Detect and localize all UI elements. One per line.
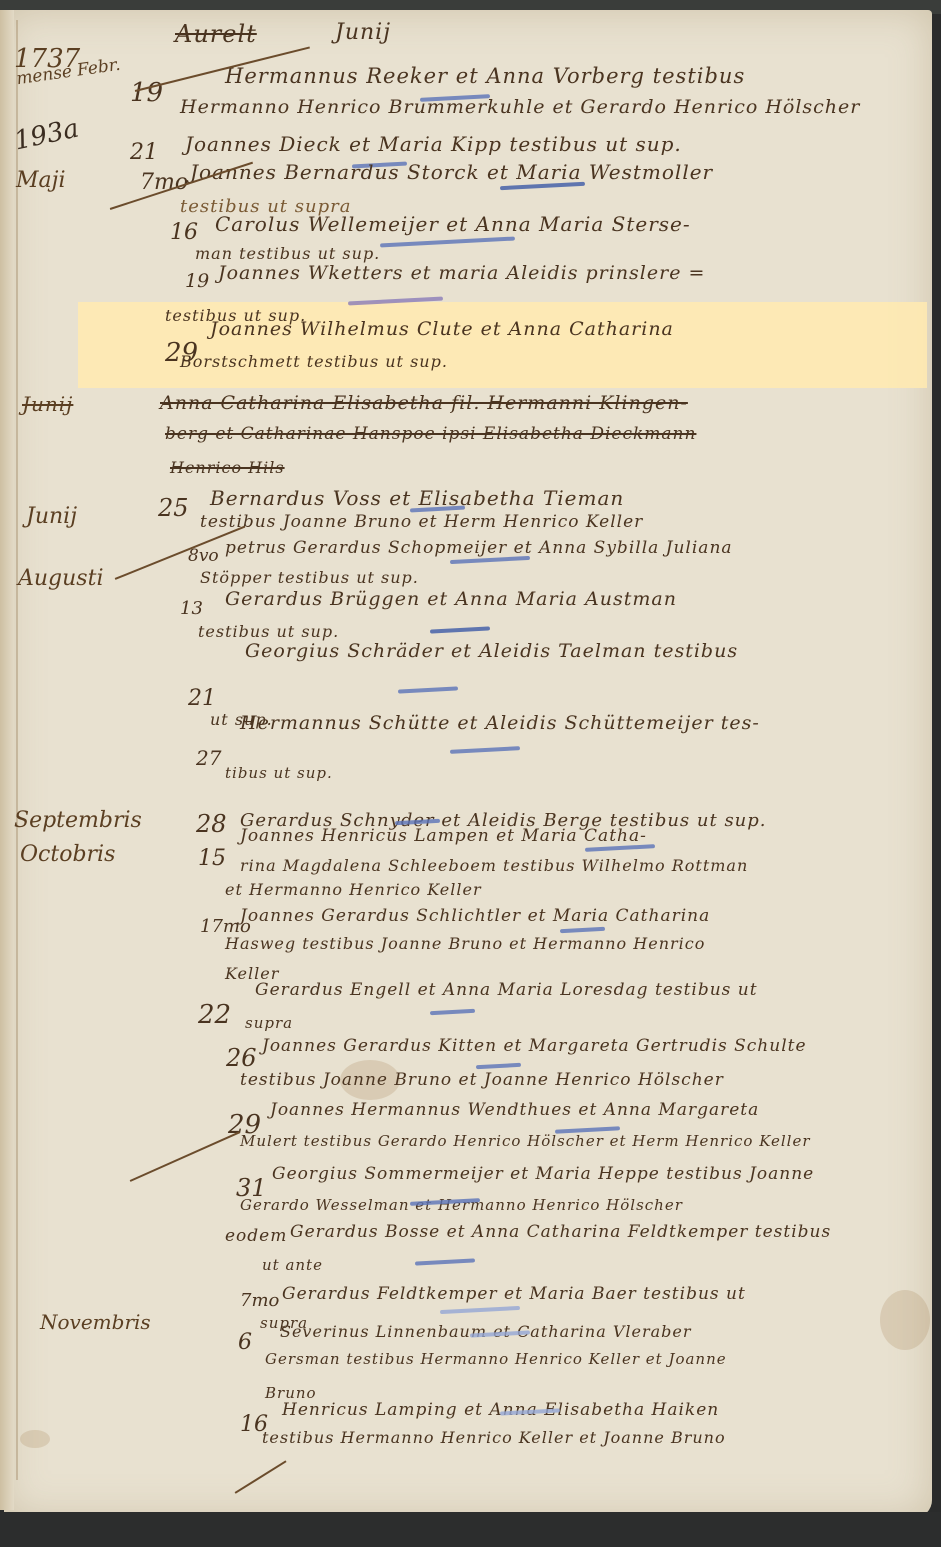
entry-day: 15 [198,846,226,871]
entry-line: Joannes Dieck et Maria Kipp testibus ut … [185,132,682,156]
entry-line: Gersman testibus Hermanno Henrico Keller… [265,1350,727,1368]
entry-line: Joannes Gerardus Schlichtler et Maria Ca… [240,906,710,926]
entry-line: Stöpper testibus ut sup. [200,568,419,587]
margin-month: Junij [26,504,77,529]
margin-month: Maji [16,168,66,193]
entry-line: testibus ut sup. [198,622,339,641]
entry-day: 28 [196,810,227,838]
entry-line: man testibus ut sup. [195,244,380,263]
margin-month-struck: Junij [22,392,73,416]
entry-day: 21 [130,140,158,165]
entry-line: testibus Joanne Bruno et Joanne Henrico … [240,1070,724,1090]
struck-entry-line: Anna Catharina Elisabetha fil. Hermanni … [160,392,688,414]
entry-line: Carolus Wellemeijer et Anna Maria Sterse… [215,212,691,236]
entry-line: Henricus Lamping et Anna Elisabetha Haik… [282,1400,719,1420]
entry-line: Gerardus Feldtkemper et Maria Baer testi… [282,1284,746,1304]
paper-stain [20,1430,50,1448]
entry-day: 22 [198,1000,231,1030]
entry-day: 16 [170,220,198,245]
entry-line: Joannes Henricus Lampen et Maria Catha- [240,826,647,846]
entry-line: testibus Hermanno Henrico Keller et Joan… [262,1428,726,1447]
entry-day: 25 [158,494,189,522]
fold-line [16,20,18,1480]
margin-month: Octobris [20,842,115,867]
entry-day: 26 [226,1044,257,1072]
entry-day: 19 [185,270,209,292]
entry-line: petrus Gerardus Schopmeijer et Anna Sybi… [225,538,733,558]
margin-month: Septembris [14,808,142,833]
entry-line: Joannes Hermannus Wendthues et Anna Marg… [270,1100,759,1120]
scan-background-bottom [0,1512,941,1547]
margin-month: Augusti [18,566,103,591]
entry-line: Mulert testibus Gerardo Henrico Hölscher… [240,1132,811,1150]
struck-entry-line: Henrico Hils [170,458,285,477]
header-word: Aurelt [175,20,257,48]
entry-line: Gerardus Brüggen et Anna Maria Austman [225,588,677,610]
header-word: Junij [335,20,391,45]
page-spine-edge [0,10,14,1510]
entry-line: Gerardus Engell et Anna Maria Loresdag t… [255,980,758,1000]
margin-month: Novembris [40,1310,151,1334]
entry-line: Hasweg testibus Joanne Bruno et Hermanno… [225,934,705,953]
entry-line: Hermannus Reeker et Anna Vorberg testibu… [225,64,745,88]
entry-line: Joannes Gerardus Kitten et Margareta Ger… [262,1036,807,1056]
entry-line: Bernardus Voss et Elisabetha Tieman [210,486,624,510]
entry-line: Joannes Wilhelmus Clute et Anna Catharin… [210,318,674,340]
entry-line: tibus ut sup. [225,764,333,782]
entry-line: Joannes Wketters et maria Aleidis prinsl… [218,262,705,284]
entry-day: 8vo [188,546,219,566]
entry-day: 19 [130,78,163,108]
entry-line: Georgius Sommermeijer et Maria Heppe tes… [272,1164,814,1184]
struck-entry-line: berg et Catharinae Hanspoe ipsi Elisabet… [165,424,696,444]
paper-stain [880,1290,930,1350]
entry-line: supra [245,1014,293,1032]
entry-day: 6 [238,1330,252,1355]
entry-day: 13 [180,598,203,619]
entry-line: Joannes Bernardus Storck et Maria Westmo… [190,160,713,184]
entry-line: Borstschmett testibus ut sup. [180,352,448,371]
entry-line: testibus Joanne Bruno et Herm Henrico Ke… [200,512,643,532]
entry-day: 21 [188,686,216,711]
entry-line: Gerardus Bosse et Anna Catharina Feldtke… [290,1222,831,1242]
entry-line: Hermanno Henrico Brummerkuhle et Gerardo… [180,96,860,118]
entry-day: 27 [196,746,221,770]
entry-day: 7mo [240,1290,279,1311]
entry-line: ut ante [262,1256,323,1274]
entry-day-eodem: eodem [225,1226,287,1246]
entry-line: Severinus Linnenbaum et Catharina Vlerab… [280,1322,692,1341]
entry-line: rina Magdalena Schleeboem testibus Wilhe… [240,856,748,875]
entry-line: Georgius Schräder et Aleidis Taelman tes… [245,640,738,662]
entry-line: et Hermanno Henrico Keller [225,880,482,899]
entry-line: Hermannus Schütte et Aleidis Schüttemeij… [240,712,760,734]
